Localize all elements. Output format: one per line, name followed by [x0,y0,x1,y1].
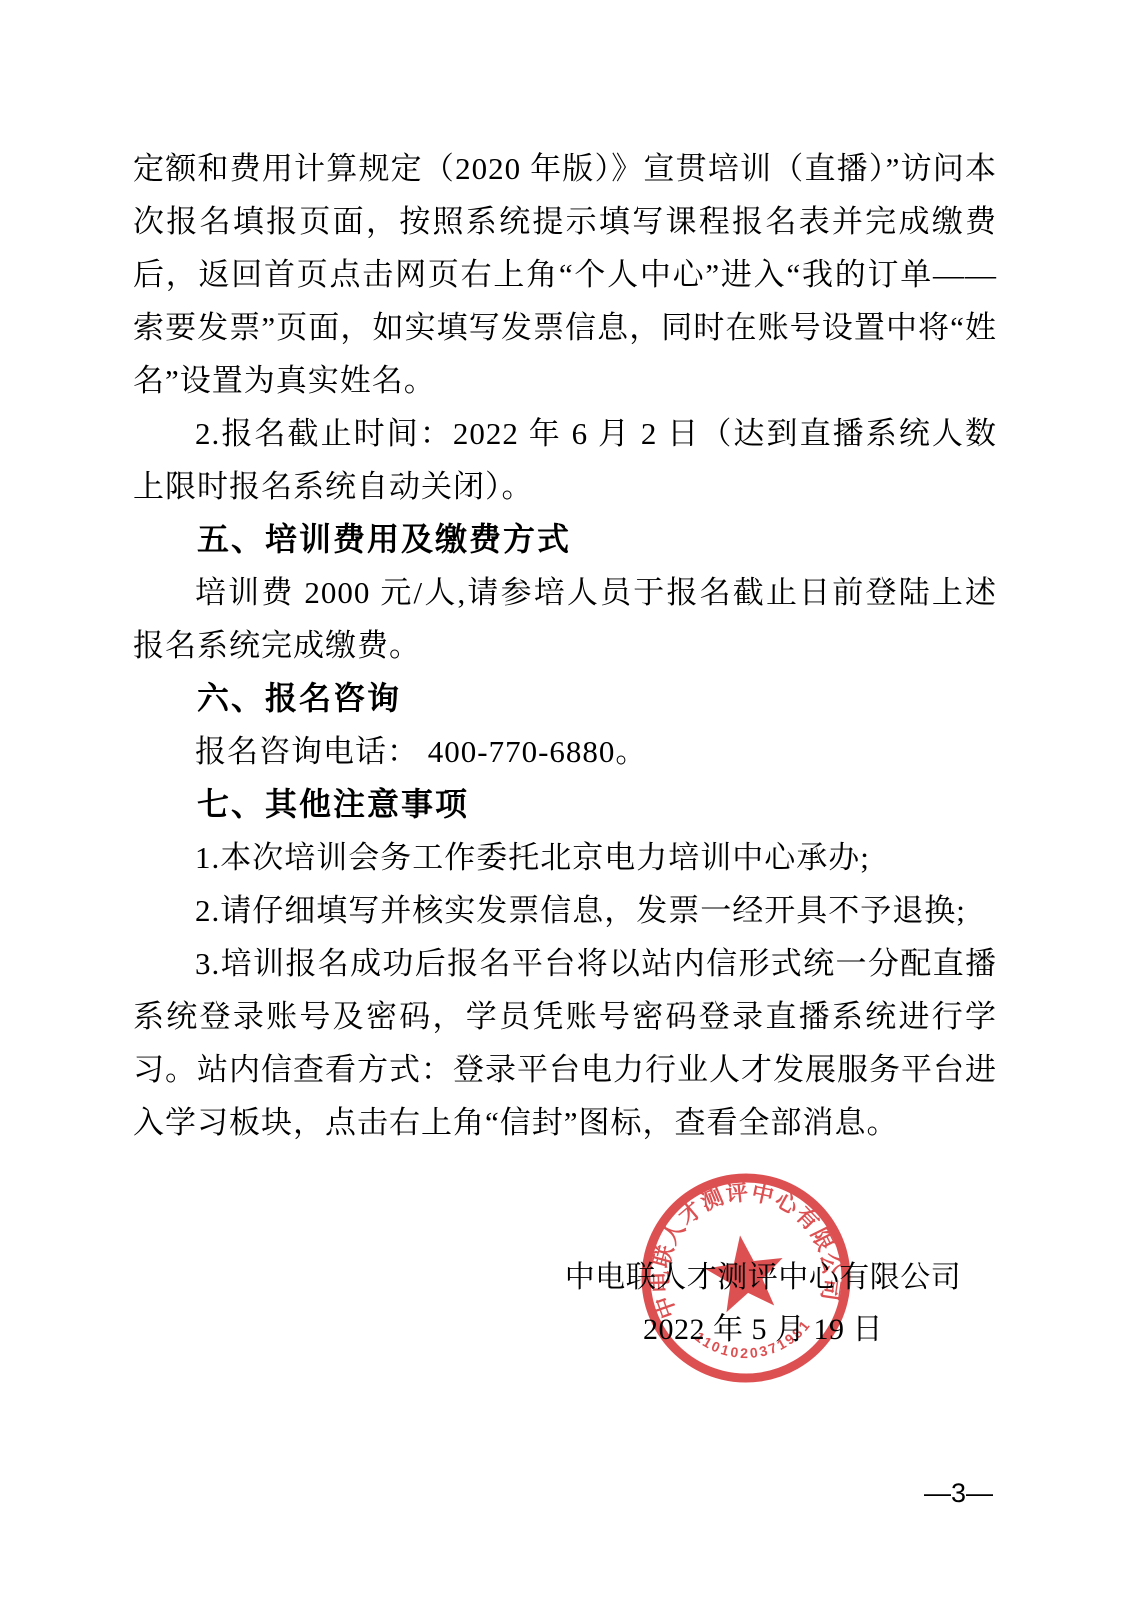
paragraph-phone: 报名咨询电话： 400-770-6880。 [133,725,997,778]
heading-section-7: 七、其他注意事项 [133,778,997,831]
signature-block: 中电联人才测评中心有限公司 2022 年 5 月 19 日 [553,1252,973,1356]
paragraph-deadline: 2.报名截止时间：2022 年 6 月 2 日（达到直播系统人数上限时报名系统自… [133,407,997,513]
note-item-3: 3.培训报名成功后报名平台将以站内信形式统一分配直播系统登录账号及密码，学员凭账… [133,937,997,1149]
paragraph-registration-continuation: 定额和费用计算规定（2020 年版）》宣贯培训（直播）”访问本次报名填报页面，按… [133,142,997,407]
paragraph-fee: 培训费 2000 元/人,请参培人员于报名截止日前登陆上述报名系统完成缴费。 [133,566,997,672]
document-body: 定额和费用计算规定（2020 年版）》宣贯培训（直播）”访问本次报名填报页面，按… [133,142,997,1149]
heading-section-6: 六、报名咨询 [133,672,997,725]
note-item-1: 1.本次培训会务工作委托北京电力培训中心承办; [133,831,997,884]
signature-date: 2022 年 5 月 19 日 [553,1304,973,1356]
note-item-2: 2.请仔细填写并核实发票信息，发票一经开具不予退换; [133,884,997,937]
document-page: 定额和费用计算规定（2020 年版）》宣贯培训（直播）”访问本次报名填报页面，按… [0,0,1130,1600]
signature-company: 中电联人才测评中心有限公司 [553,1252,973,1304]
page-number: —3— [924,1478,993,1509]
heading-section-5: 五、培训费用及缴费方式 [133,513,997,566]
